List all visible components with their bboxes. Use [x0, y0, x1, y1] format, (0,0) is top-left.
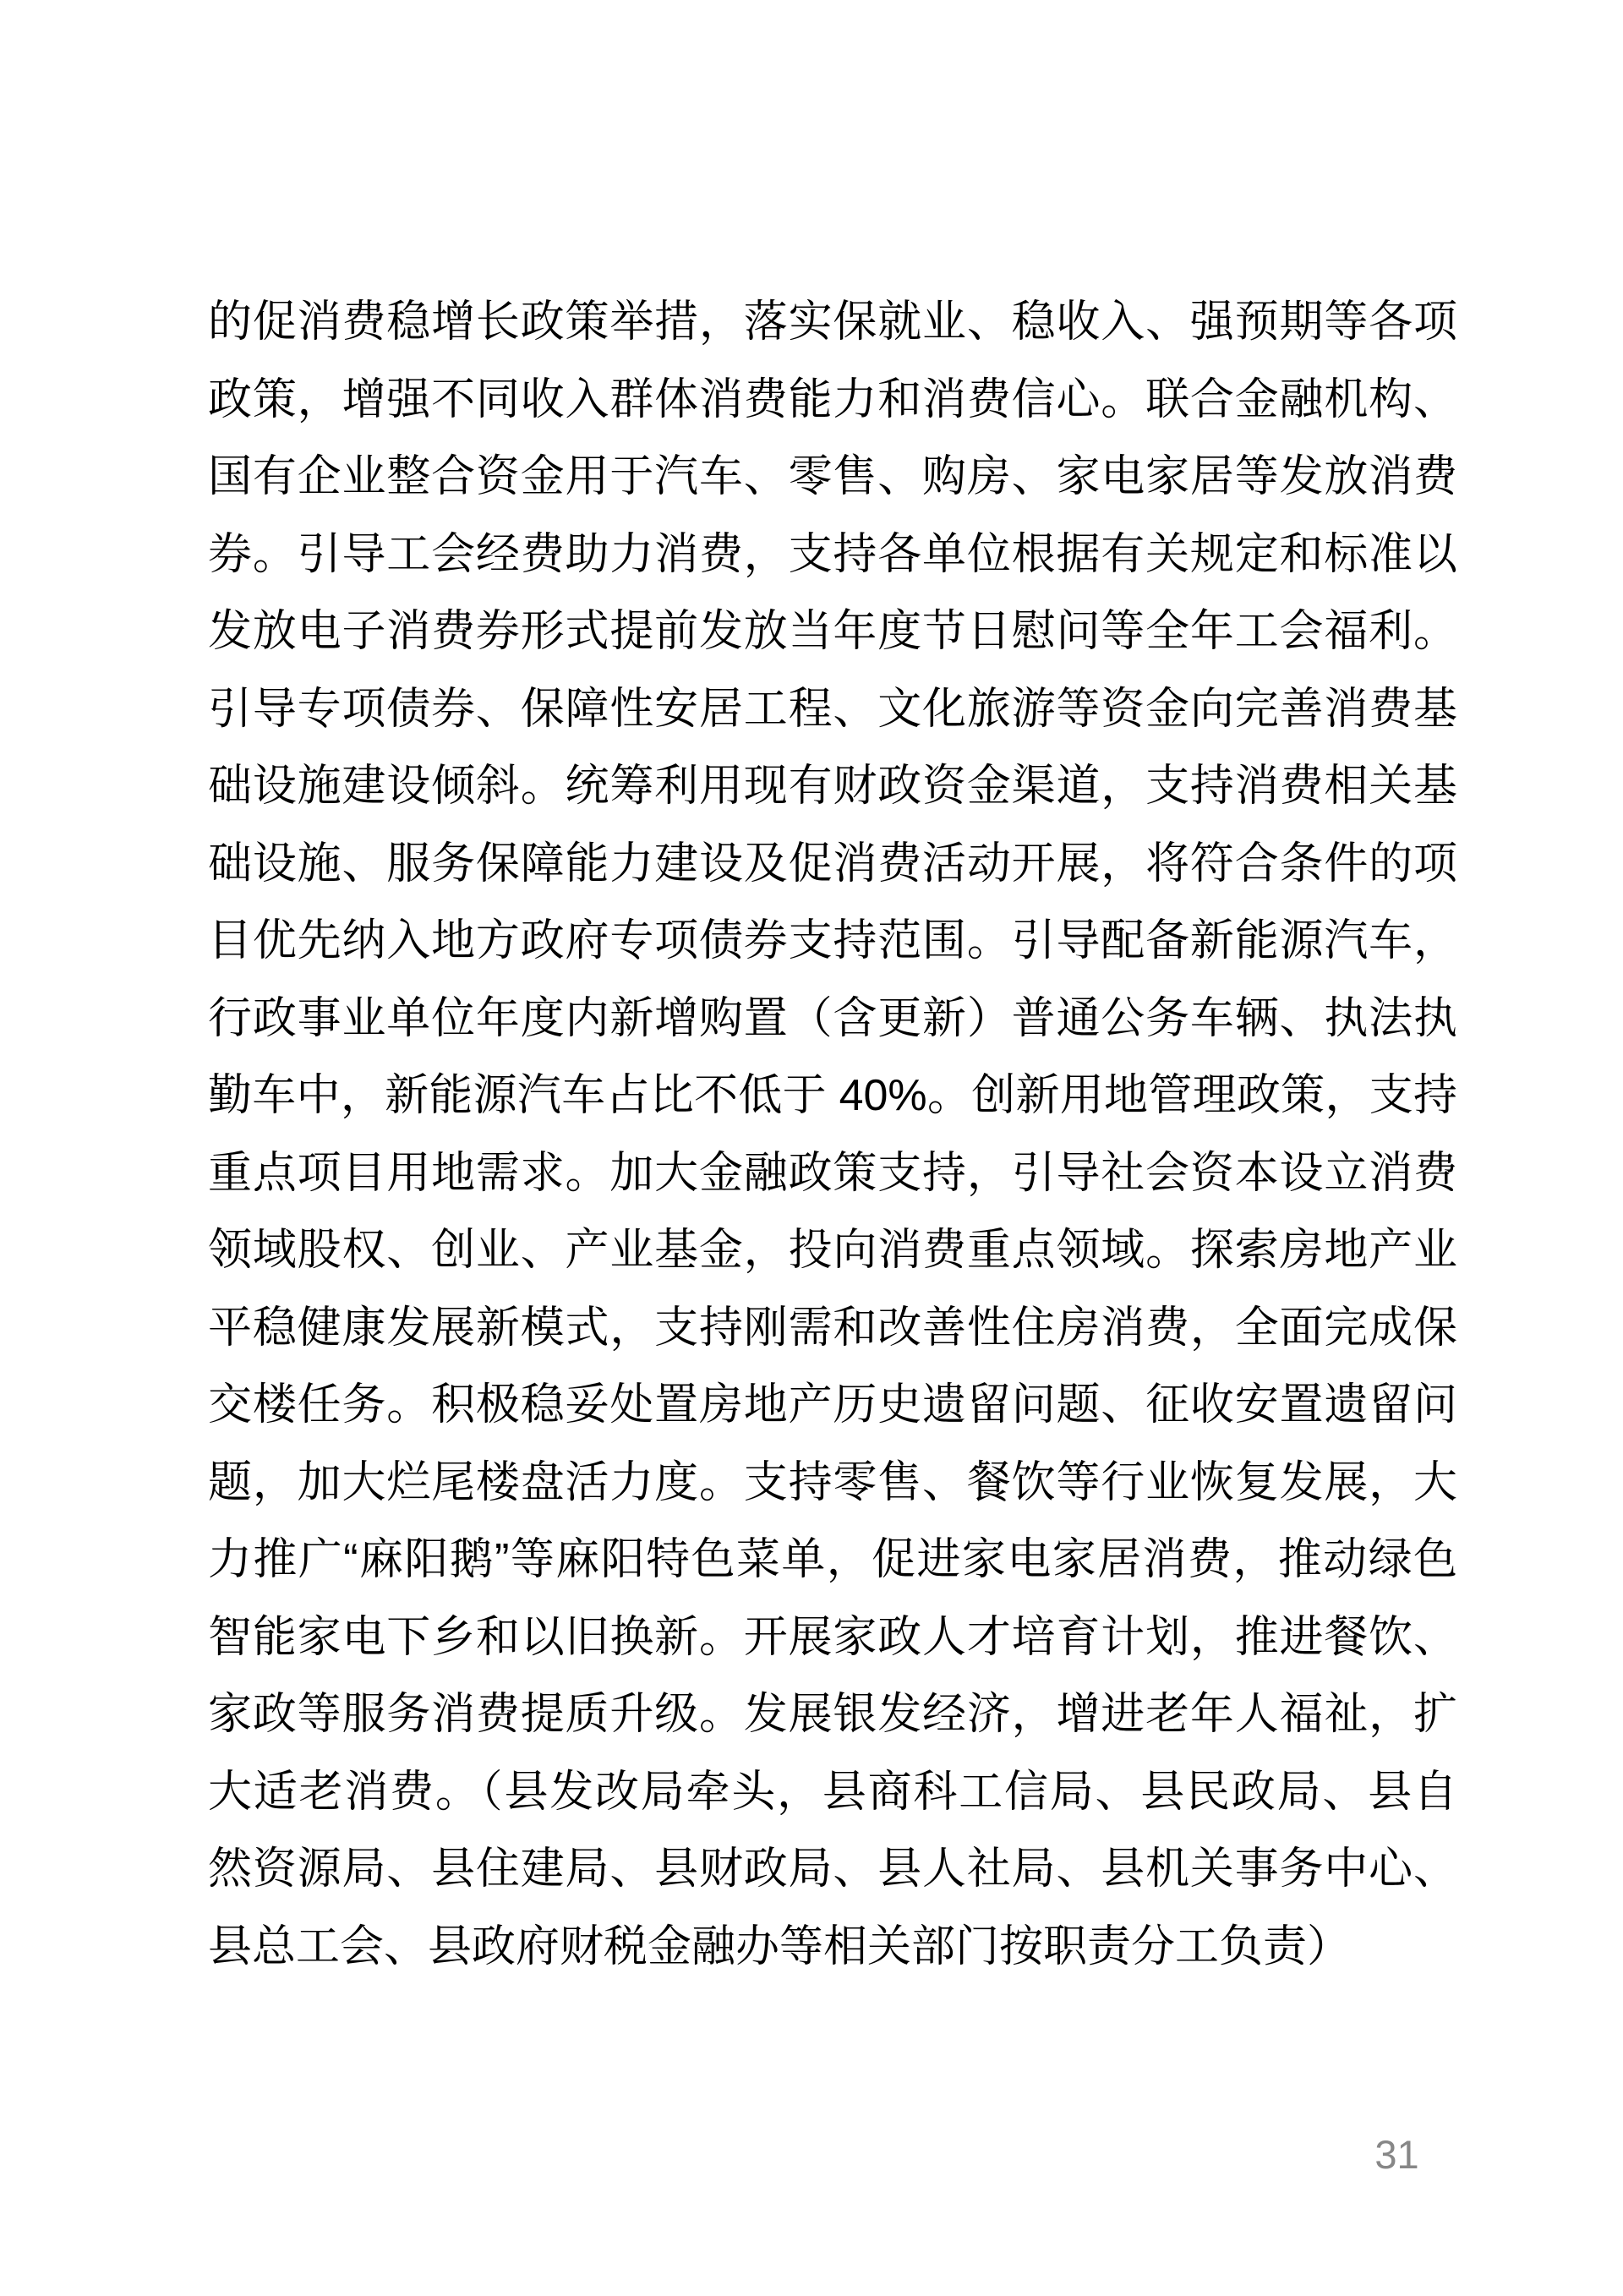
document-page: 的促消费稳增长政策举措，落实保就业、稳收入、强预期等各项政策，增强不同收入群体消…	[0, 0, 1623, 2296]
body-text-line: 交楼任务。积极稳妥处置房地产历史遗留问题、征收安置遗留问	[208, 1367, 1457, 1445]
body-text-line: 券。引导工会经费助力消费，支持各单位根据有关规定和标准以	[208, 517, 1457, 594]
body-text-line: 目优先纳入地方政府专项债券支持范围。引导配备新能源汽车，	[208, 903, 1457, 981]
body-text-line: 国有企业整合资金用于汽车、零售、购房、家电家居等发放消费	[208, 439, 1457, 517]
body-text-line: 力推广“麻阳鹅”等麻阳特色菜单，促进家电家居消费，推动绿色	[208, 1522, 1457, 1599]
body-text-line: 政策，增强不同收入群体消费能力和消费信心。联合金融机构、	[208, 362, 1457, 440]
body-text-line: 平稳健康发展新模式，支持刚需和改善性住房消费，全面完成保	[208, 1290, 1457, 1368]
body-text-line: 础设施建设倾斜。统筹利用现有财政资金渠道，支持消费相关基	[208, 748, 1457, 826]
body-text: 的促消费稳增长政策举措，落实保就业、稳收入、强预期等各项政策，增强不同收入群体消…	[208, 284, 1457, 1986]
body-text-line: 础设施、服务保障能力建设及促消费活动开展，将符合条件的项	[208, 826, 1457, 904]
body-text-line: 大适老消费。（县发改局牵头，县商科工信局、县民政局、县自	[208, 1754, 1457, 1832]
page-number: 31	[1344, 2132, 1450, 2178]
body-text-line: 然资源局、县住建局、县财政局、县人社局、县机关事务中心、	[208, 1831, 1457, 1909]
body-text-line: 重点项目用地需求。加大金融政策支持，引导社会资本设立消费	[208, 1135, 1457, 1213]
body-text-line: 引导专项债券、保障性安居工程、文化旅游等资金向完善消费基	[208, 671, 1457, 749]
body-text-line: 县总工会、县政府财税金融办等相关部门按职责分工负责）	[208, 1909, 1457, 1987]
body-text-line: 发放电子消费券形式提前发放当年度节日慰问等全年工会福利。	[208, 593, 1457, 671]
body-text-line: 勤车中，新能源汽车占比不低于 40%。创新用地管理政策，支持	[208, 1058, 1457, 1135]
body-text-line: 家政等服务消费提质升级。发展银发经济，增进老年人福祉，扩	[208, 1676, 1457, 1754]
body-text-line: 的促消费稳增长政策举措，落实保就业、稳收入、强预期等各项	[208, 284, 1457, 362]
body-text-line: 行政事业单位年度内新增购置（含更新）普通公务车辆、执法执	[208, 981, 1457, 1058]
body-text-line: 智能家电下乡和以旧换新。开展家政人才培育计划，推进餐饮、	[208, 1599, 1457, 1677]
body-text-line: 题，加大烂尾楼盘活力度。支持零售、餐饮等行业恢复发展，大	[208, 1445, 1457, 1522]
body-text-line: 领域股权、创业、产业基金，投向消费重点领域。探索房地产业	[208, 1212, 1457, 1290]
